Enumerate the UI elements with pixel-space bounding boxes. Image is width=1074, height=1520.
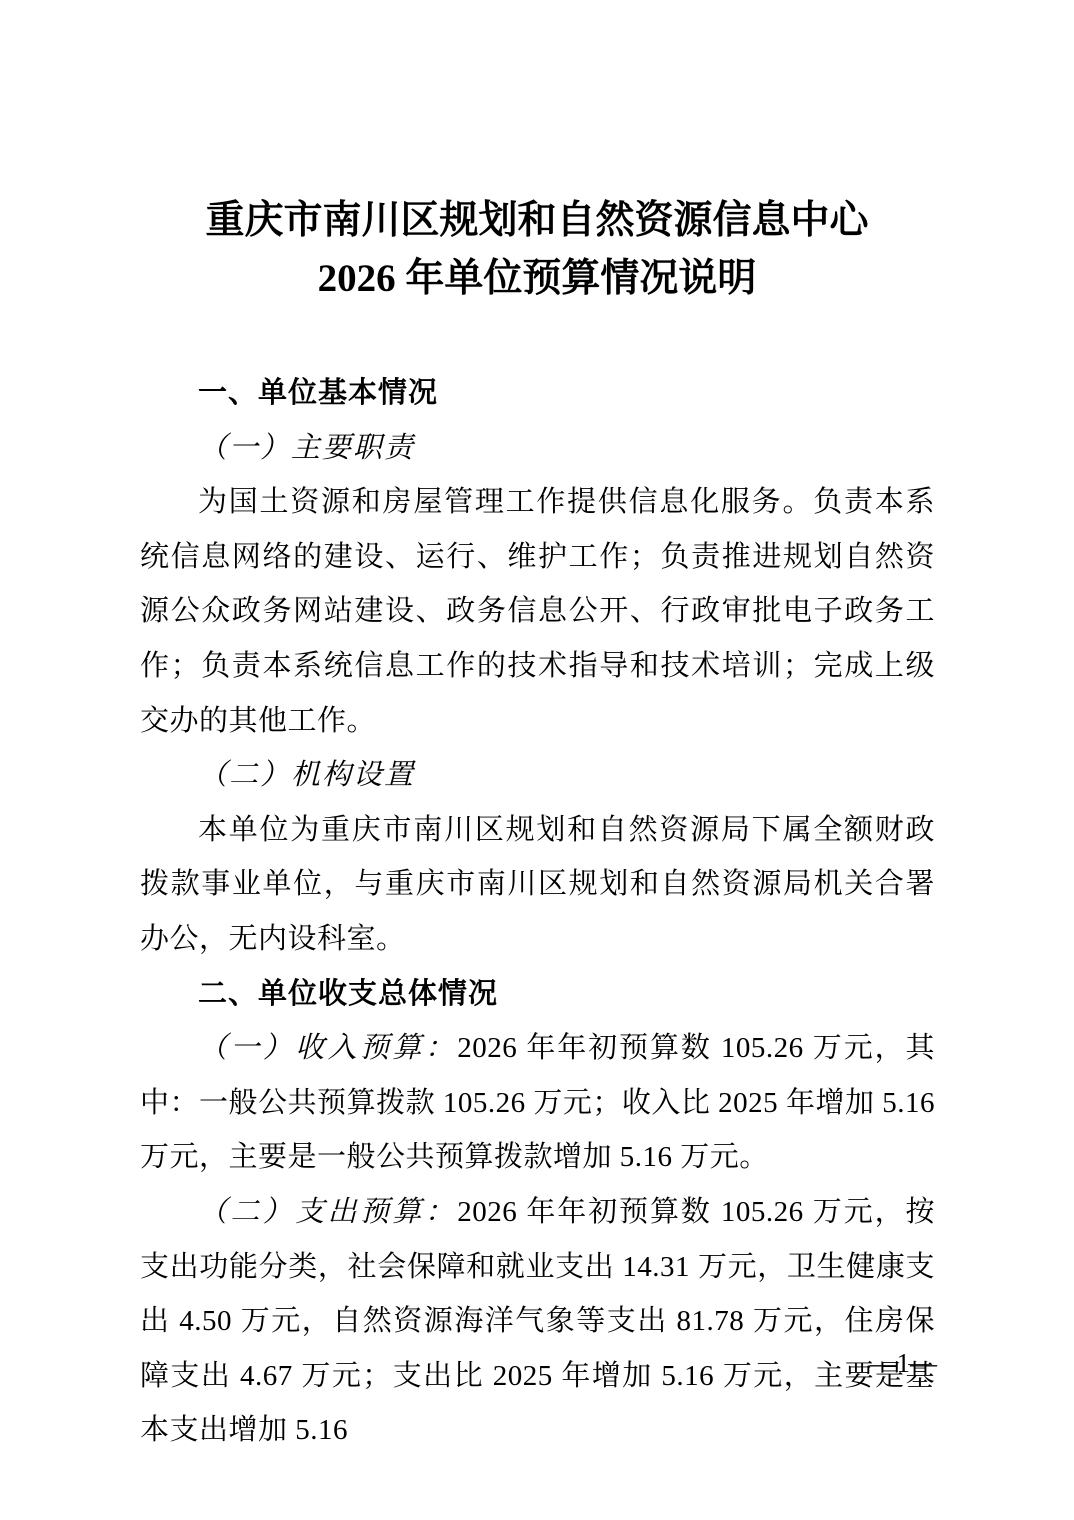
paragraph-income-budget-lead: （一）收入预算： [198, 1032, 457, 1064]
paragraph-org-structure: 本单位为重庆市南川区规划和自然资源局下属全额财政拨款事业单位，与重庆市南川区规划… [140, 803, 935, 967]
document-body: 一、单位基本情况 （一）主要职责 为国土资源和房屋管理工作提供信息化服务。负责本… [140, 366, 935, 1458]
section-heading-1: 一、单位基本情况 [140, 366, 935, 421]
paragraph-expenditure-budget: （二）支出预算：2026 年年初预算数 105.26 万元，按支出功能分类，社会… [140, 1185, 935, 1458]
paragraph-expenditure-budget-text: 2026 年年初预算数 105.26 万元，按支出功能分类，社会保障和就业支出 … [140, 1196, 935, 1446]
document-title-line2: 2026 年单位预算情况说明 [0, 250, 1074, 308]
paragraph-expenditure-budget-lead: （二）支出预算： [198, 1196, 457, 1228]
document-title: 重庆市南川区规划和自然资源信息中心 2026 年单位预算情况说明 [0, 192, 1074, 308]
section-heading-2: 二、单位收支总体情况 [140, 967, 935, 1022]
document-page: 重庆市南川区规划和自然资源信息中心 2026 年单位预算情况说明 一、单位基本情… [0, 0, 1074, 1520]
document-title-line1: 重庆市南川区规划和自然资源信息中心 [0, 192, 1074, 250]
sub-heading-main-duties: （一）主要职责 [140, 421, 935, 476]
paragraph-main-duties: 为国土资源和房屋管理工作提供信息化服务。负责本系统信息网络的建设、运行、维护工作… [140, 475, 935, 748]
paragraph-income-budget: （一）收入预算：2026 年年初预算数 105.26 万元，其中：一般公共预算拨… [140, 1021, 935, 1185]
page-number: —1— [870, 1348, 938, 1378]
sub-heading-org-structure: （二）机构设置 [140, 748, 935, 803]
